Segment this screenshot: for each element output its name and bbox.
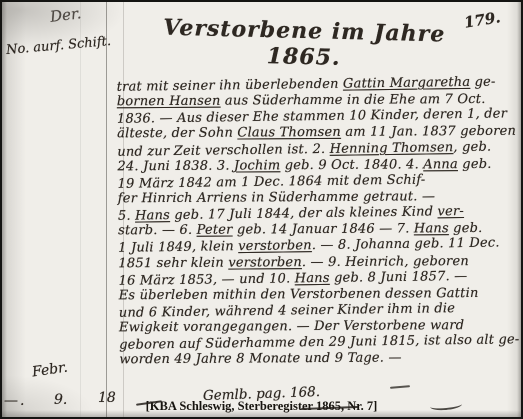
margin-month-note: Febr.: [31, 360, 69, 381]
margin-column-rule: [106, 2, 107, 417]
register-title: Verstorbene im Jahre 1865.: [153, 14, 454, 73]
margin-header-note: No. aurf. Schift.: [6, 33, 123, 58]
manuscript-line: worden 49 Jahre 8 Monate und 9 Tage. —: [119, 350, 521, 369]
corner-scribble: Der.: [49, 4, 82, 26]
page-number: 179.: [463, 8, 502, 31]
document-scan: Der. 179. Verstorbene im Jahre 1865. No.…: [0, 0, 523, 419]
paper-fold-line: [80, 2, 81, 417]
manuscript-lines: trat mit seiner ihn überlebenden Gattin …: [117, 75, 522, 369]
